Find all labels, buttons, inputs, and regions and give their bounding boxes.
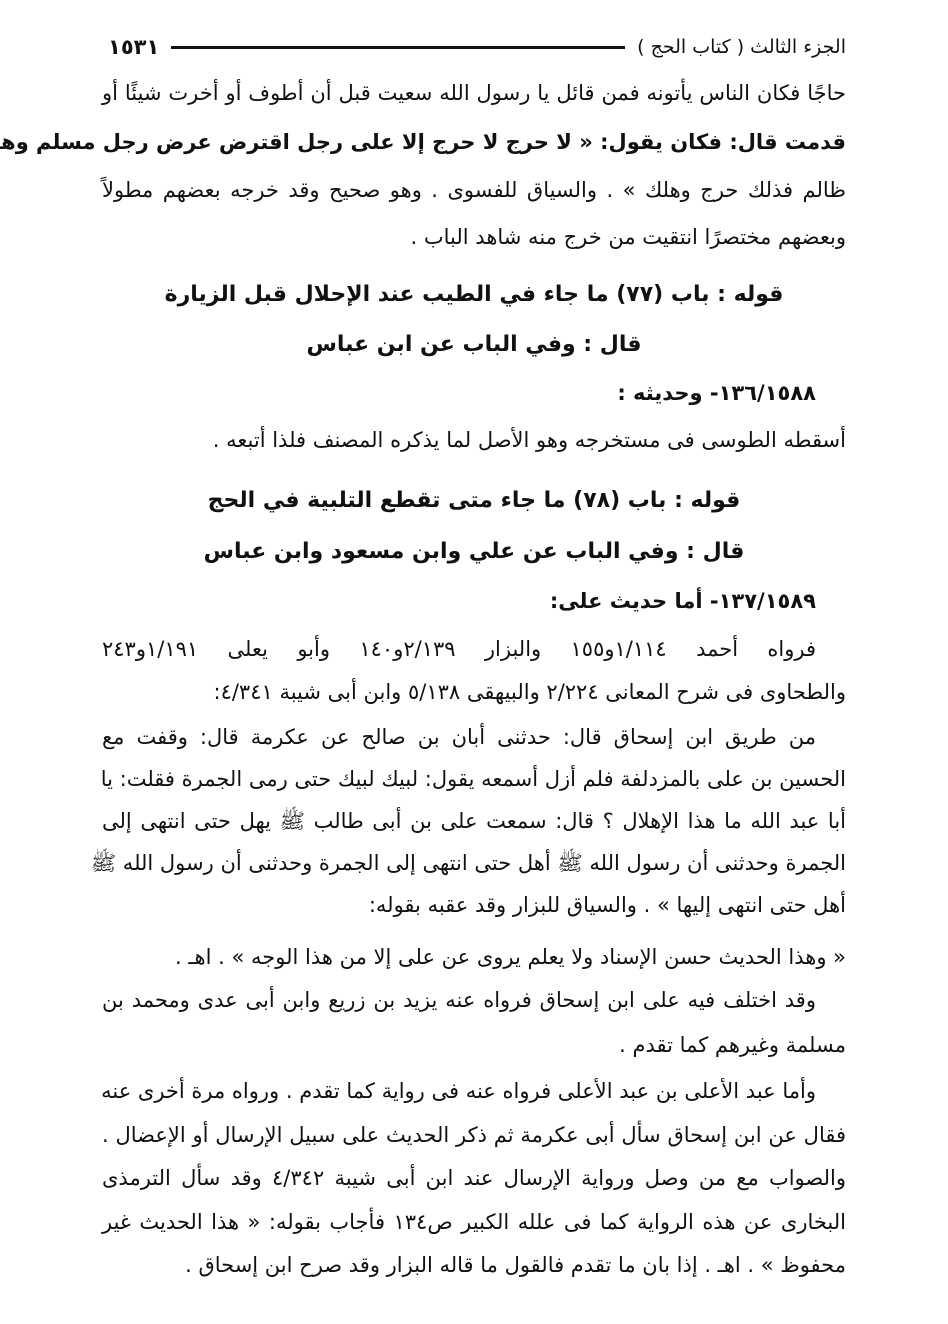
section-subheading: قال : وفي الباب عن علي وابن مسعود وابن ع… (102, 537, 846, 567)
text-line: أسقطه الطوسى فى مستخرجه وهو الأصل لما يذ… (102, 425, 846, 455)
text-line: مسلمة وغيرهم كما تقدم . (102, 1030, 846, 1060)
text-line: وقد اختلف فيه على ابن إسحاق فرواه عنه يز… (102, 985, 846, 1015)
text-line: فقال عن ابن إسحاق سأل أبى عكرمة ثم ذكر ا… (102, 1120, 846, 1150)
text-line: والطحاوى فى شرح المعانى ٢/٢٢٤ والبيهقى ٥… (102, 677, 846, 707)
text-line: الجمرة وحدثنى أن رسول الله ﷺ أهل حتى انت… (102, 848, 846, 878)
text-line: قدمت قال: فكان يقول: « لا حرج لا حرج إلا… (102, 127, 846, 157)
header-rule (171, 46, 625, 49)
page-number: ١٥٣١ (108, 35, 159, 59)
text-line: وبعضهم مختصرًا انتقيت من خرج منه شاهد ال… (102, 222, 846, 252)
text-line: من طريق ابن إسحاق قال: حدثنى أبان بن صال… (102, 722, 846, 752)
text-line: أهل حتى انتهى إليها » . والسياق للبزار و… (102, 890, 846, 920)
text-line: محفوظ » . اهـ . إذا بان ما تقدم فالقول م… (102, 1250, 846, 1280)
text-line: أبا عبد الله ما هذا الإهلال ؟ قال: سمعت … (102, 806, 846, 836)
text-line: حاجًا فكان الناس يأتونه فمن قائل يا رسول… (102, 78, 846, 108)
section-heading: قوله : باب (٧٧) ما جاء في الطيب عند الإح… (102, 280, 846, 310)
text-line: فرواه أحمد ١/١١٤و١٥٥ والبزار ٢/١٣٩و١٤٠ و… (102, 634, 846, 664)
book-page: الجزء الثالث ( كتاب الحج ) ١٥٣١ حاجًا فك… (0, 0, 948, 1324)
text-line: ظالم فذلك حرج وهلك » . والسياق للفسوى . … (102, 175, 846, 205)
entry-label: ١٣٧/١٥٨٩- أما حديث على: (102, 586, 846, 616)
text-line: البخارى عن هذه الرواية كما فى علله الكبي… (102, 1207, 846, 1237)
text-line: وأما عبد الأعلى بن عبد الأعلى فرواه عنه … (102, 1076, 846, 1106)
text-line: الحسين بن على بالمزدلفة فلم أزل أسمعه يق… (102, 764, 846, 794)
entry-label: ١٣٦/١٥٨٨- وحديثه : (102, 378, 846, 408)
section-heading: قوله : باب (٧٨) ما جاء متى تقطع التلبية … (102, 486, 846, 516)
page-header: الجزء الثالث ( كتاب الحج ) ١٥٣١ (108, 30, 846, 64)
text-line: « وهذا الحديث حسن الإسناد ولا يعلم يروى … (102, 942, 846, 972)
running-title: الجزء الثالث ( كتاب الحج ) (637, 36, 846, 58)
text-line: والصواب مع من وصل ورواية الإرسال عند ابن… (102, 1163, 846, 1193)
section-subheading: قال : وفي الباب عن ابن عباس (102, 330, 846, 360)
